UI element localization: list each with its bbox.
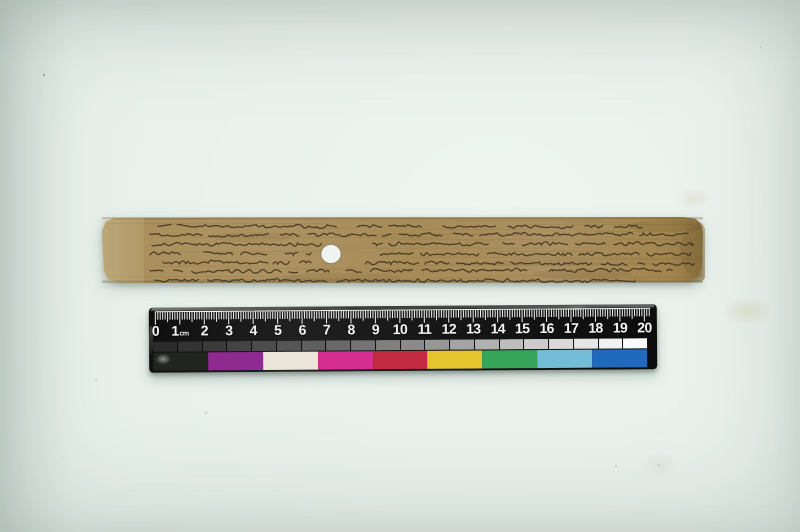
- script-line-3: [152, 242, 693, 247]
- grayscale-step-4: [252, 341, 276, 351]
- patch-purple: [208, 352, 263, 370]
- ruler-number-4: 4: [250, 322, 257, 338]
- grayscale-step-2: [203, 341, 227, 351]
- patch-green: [482, 350, 537, 368]
- ruler-number-2: 2: [201, 322, 208, 338]
- grayscale-step-19: [623, 338, 647, 348]
- color-calibration-strip: [153, 349, 647, 370]
- grayscale-step-3: [227, 341, 251, 351]
- patch-magenta: [318, 351, 373, 369]
- grayscale-step-12: [450, 340, 474, 350]
- ruler-number-10: 10: [393, 321, 407, 337]
- dust-specks: [43, 74, 45, 76]
- photo-canvas: 01cm234567891011121314151617181920: [0, 0, 800, 532]
- leaf-left-tip: [102, 217, 144, 283]
- grayscale-step-17: [574, 339, 598, 349]
- ruler-number-19: 19: [613, 319, 627, 335]
- ruler-number-16: 16: [539, 320, 553, 336]
- ruler-number-7: 7: [323, 322, 330, 338]
- ruler: 01cm234567891011121314151617181920: [149, 304, 657, 373]
- ruler-unit-label: cm: [180, 330, 189, 337]
- ruler-number-13: 13: [466, 320, 480, 336]
- grayscale-step-15: [524, 339, 548, 349]
- patch-yellow: [428, 350, 483, 368]
- ruler-number-1: 1cm: [171, 322, 188, 338]
- patch-white: [263, 352, 318, 370]
- grayscale-step-9: [376, 340, 400, 350]
- ruler-number-6: 6: [298, 322, 305, 338]
- grayscale-step-0: [153, 342, 177, 352]
- ruler-number-12: 12: [442, 321, 456, 337]
- grayscale-step-13: [475, 339, 499, 349]
- grayscale-step-8: [351, 340, 375, 350]
- palm-leaf-manuscript: [102, 217, 703, 283]
- ruler-number-0: 0: [152, 323, 159, 339]
- ruler-number-18: 18: [588, 320, 602, 336]
- grayscale-step-7: [326, 340, 350, 350]
- binding-hole: [321, 245, 341, 264]
- grayscale-step-11: [425, 340, 449, 350]
- ruler-number-11: 11: [418, 321, 432, 337]
- ruler-number-9: 9: [372, 321, 379, 337]
- grayscale-step-16: [549, 339, 573, 349]
- script-line-4: [150, 252, 691, 256]
- leaf-top-edge: [102, 217, 703, 220]
- background-stain: [640, 450, 680, 480]
- grayscale-step-14: [500, 339, 524, 349]
- patch-blue: [592, 349, 647, 367]
- ruler-number-14: 14: [490, 320, 504, 336]
- grayscale-step-6: [302, 341, 326, 351]
- patch-light-blue: [537, 350, 592, 368]
- ruler-number-20: 20: [637, 319, 651, 335]
- ruler-number-8: 8: [347, 321, 354, 337]
- patch-black: [153, 352, 208, 370]
- grayscale-step-10: [401, 340, 425, 350]
- ruler-number-3: 3: [225, 322, 232, 338]
- script-line-1: [158, 224, 642, 228]
- grayscale-step-18: [599, 338, 623, 348]
- ruler-number-17: 17: [564, 320, 578, 336]
- ruler-number-15: 15: [515, 320, 529, 336]
- background-stain: [722, 296, 774, 326]
- grayscale-step-5: [277, 341, 301, 351]
- ruler-number-5: 5: [274, 322, 281, 338]
- background-stain: [676, 188, 712, 210]
- patch-red: [373, 351, 428, 369]
- manuscript-text-and-texture: [102, 217, 703, 283]
- grayscale-step-1: [178, 341, 202, 351]
